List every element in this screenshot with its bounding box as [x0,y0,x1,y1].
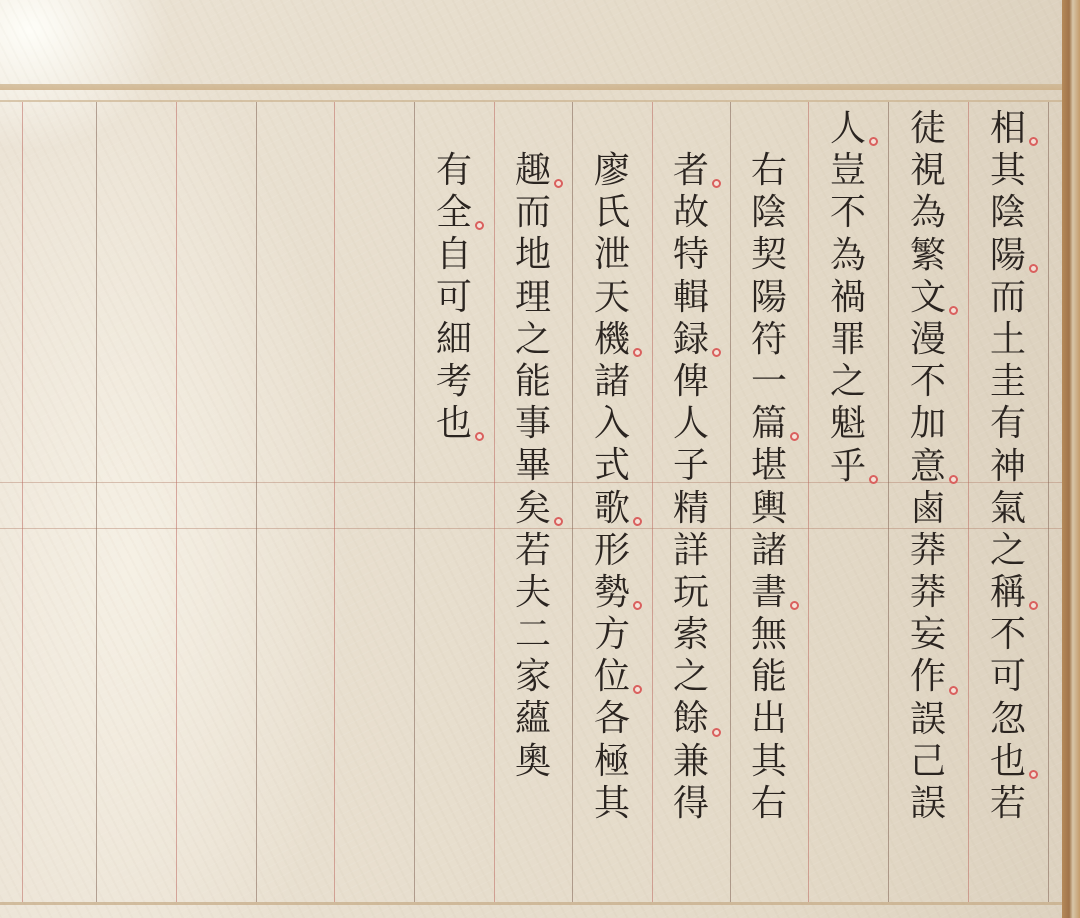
character: 不 [910,361,946,403]
text-column: 趣而地理之能事畢矣若夫二家蘊奧 [503,150,563,783]
character: 禍 [830,277,866,319]
character: 式 [594,445,630,487]
punctuation-circle-icon [1029,264,1038,273]
character: 漫 [910,319,946,361]
character: 妄 [910,614,946,656]
character: 神 [990,446,1026,488]
character: 之 [830,361,866,403]
punctuation-circle-icon [475,221,484,230]
character: 之 [515,319,551,361]
text-column: 人豈不為禍罪之魁乎 [818,108,878,488]
character: 也 [436,403,472,445]
character: 可 [990,656,1026,698]
character: 若 [990,783,1026,825]
character: 玩 [673,572,709,614]
character: 而 [990,277,1026,319]
character: 豈 [830,150,866,192]
character: 文 [910,277,946,319]
punctuation-circle-icon [949,686,958,695]
character: 有 [990,403,1026,445]
character: 録 [673,319,709,361]
punctuation-circle-icon [554,517,563,526]
character: 誤 [910,783,946,825]
character: 詳 [673,530,709,572]
page-spine-edge [1062,0,1080,918]
punctuation-circle-icon [633,348,642,357]
top-border-inner-rule [0,100,1062,102]
character: 其 [751,741,787,783]
character: 得 [673,783,709,825]
character: 陽 [990,235,1026,277]
character: 考 [436,361,472,403]
column-rule-line [334,102,335,902]
character: 故 [673,192,709,234]
character: 氏 [594,192,630,234]
character: 契 [751,234,787,276]
character: 篇 [751,403,787,445]
character: 其 [990,150,1026,192]
character: 繁 [910,235,946,277]
character: 細 [436,319,472,361]
character: 忽 [990,699,1026,741]
character: 精 [673,488,709,530]
character: 土 [990,319,1026,361]
character: 鹵 [910,488,946,530]
character: 特 [673,234,709,276]
punctuation-circle-icon [869,475,878,484]
character: 索 [673,614,709,656]
character: 諸 [751,530,787,572]
character: 陰 [751,192,787,234]
character: 魁 [830,403,866,445]
column-rule-line [414,102,415,902]
character: 奧 [515,741,551,783]
punctuation-circle-icon [554,179,563,188]
character: 人 [673,403,709,445]
punctuation-circle-icon [633,517,642,526]
character: 若 [515,530,551,572]
character: 二 [515,614,551,656]
punctuation-circle-icon [475,432,484,441]
character: 矣 [515,488,551,530]
character: 輿 [751,488,787,530]
character: 無 [751,614,787,656]
character: 誤 [910,699,946,741]
character: 出 [751,698,787,740]
character: 子 [673,445,709,487]
character: 氣 [990,488,1026,530]
character: 機 [594,319,630,361]
character: 意 [910,446,946,488]
character: 入 [594,403,630,445]
column-rule-line [968,102,969,902]
character: 稱 [990,572,1026,614]
column-rule-line [256,102,257,902]
punctuation-circle-icon [949,475,958,484]
character: 之 [990,530,1026,572]
character: 作 [910,656,946,698]
character: 地 [515,234,551,276]
character: 視 [910,150,946,192]
character: 各 [594,698,630,740]
character: 蘊 [515,698,551,740]
punctuation-circle-icon [790,432,799,441]
character: 乎 [830,446,866,488]
character: 而 [515,192,551,234]
character: 理 [515,277,551,319]
character: 歌 [594,488,630,530]
character: 可 [436,277,472,319]
character: 兼 [673,741,709,783]
character: 能 [751,656,787,698]
character: 天 [594,277,630,319]
character: 為 [910,192,946,234]
punctuation-circle-icon [949,306,958,315]
character: 己 [910,741,946,783]
punctuation-circle-icon [633,601,642,610]
bottom-border-rule [0,902,1062,905]
column-rule-line [494,102,495,902]
character: 相 [990,108,1026,150]
punctuation-circle-icon [869,137,878,146]
text-column: 廖氏泄天機諸入式歌形勢方位各極其 [582,150,642,825]
character: 符 [751,319,787,361]
character: 俾 [673,361,709,403]
character: 泄 [594,234,630,276]
character: 方 [594,614,630,656]
character: 加 [910,403,946,445]
punctuation-circle-icon [1029,770,1038,779]
character: 堪 [751,445,787,487]
column-rule-line [888,102,889,902]
character: 陽 [751,277,787,319]
punctuation-circle-icon [1029,137,1038,146]
character: 畢 [515,445,551,487]
character: 位 [594,656,630,698]
text-column: 者故特輯録俾人子精詳玩索之餘兼得 [661,150,721,825]
character: 勢 [594,572,630,614]
character: 趣 [515,150,551,192]
text-column: 右陰契陽符一篇堪輿諸書無能出其右 [739,150,799,825]
character: 有 [436,150,472,192]
character: 形 [594,530,630,572]
character: 不 [990,614,1026,656]
character: 罪 [830,319,866,361]
column-rule-line [730,102,731,902]
character: 莽 [910,530,946,572]
character: 為 [830,235,866,277]
character: 人 [830,108,866,150]
column-rule-line [572,102,573,902]
column-rule-line [1048,102,1049,902]
character: 廖 [594,150,630,192]
column-rule-line [96,102,97,902]
character: 其 [594,783,630,825]
text-column: 相其陰陽而土圭有神氣之稱不可忽也若 [978,108,1038,825]
character: 家 [515,656,551,698]
character: 輯 [673,277,709,319]
text-column: 有全自可細考也 [424,150,484,445]
top-border-rule [0,84,1062,90]
character: 一 [751,361,787,403]
character: 右 [751,150,787,192]
column-rule-line [652,102,653,902]
character: 徒 [910,108,946,150]
column-rule-line [176,102,177,902]
character: 圭 [990,361,1026,403]
column-rule-line [22,102,23,902]
punctuation-circle-icon [712,179,721,188]
punctuation-circle-icon [633,685,642,694]
text-column: 徒視為繁文漫不加意鹵莽莽妄作誤己誤 [898,108,958,825]
punctuation-circle-icon [1029,601,1038,610]
character: 諸 [594,361,630,403]
character: 陰 [990,192,1026,234]
character: 夫 [515,572,551,614]
column-rule-line [808,102,809,902]
punctuation-circle-icon [712,728,721,737]
character: 不 [830,192,866,234]
character: 者 [673,150,709,192]
punctuation-circle-icon [790,601,799,610]
character: 餘 [673,698,709,740]
character: 自 [436,234,472,276]
character: 書 [751,572,787,614]
character: 也 [990,741,1026,783]
character: 事 [515,403,551,445]
character: 莽 [910,572,946,614]
character: 極 [594,741,630,783]
character: 能 [515,361,551,403]
character: 全 [436,192,472,234]
character: 之 [673,656,709,698]
punctuation-circle-icon [712,348,721,357]
character: 右 [751,783,787,825]
